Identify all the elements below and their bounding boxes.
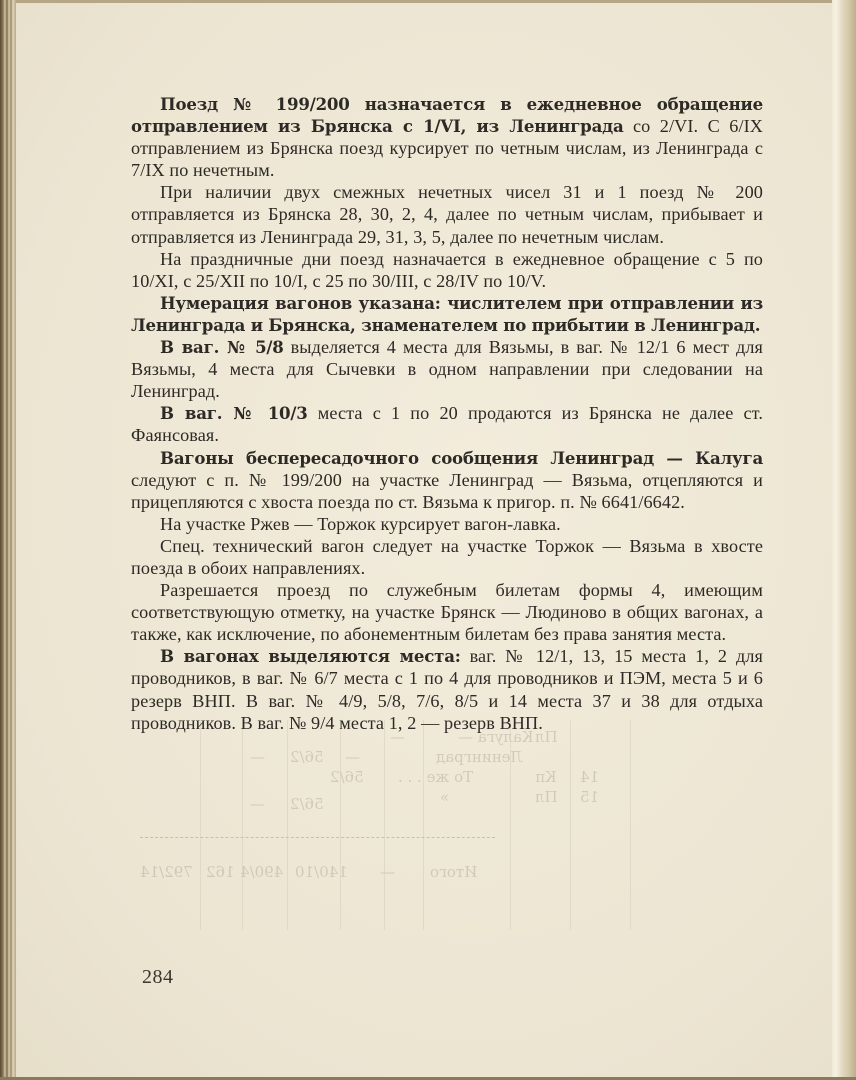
paragraph-lead: В ваг. № 5/8 [160,337,284,357]
paragraph-reserved-seats: В вагонах выделяются места: ваг. № 12/1,… [131,645,763,733]
ghost-cell: Ленинград [436,748,523,766]
ghost-column-line [510,720,511,930]
paragraph-lead: Нумерация вагонов указана: числителем пр… [131,293,763,335]
body-text: Поезд № 199/200 назначается в ежедневное… [131,93,763,734]
ghost-table-rule [140,837,495,838]
ghost-cell: Кп [535,768,557,786]
ghost-column-line [384,720,385,930]
ghost-cell: — [250,748,265,766]
ghost-cell: 56/2 [290,795,324,813]
page-top-edge [0,0,856,3]
ghost-cell: — [250,795,265,813]
paragraph-car-5-8: В ваг. № 5/8 выделяется 4 места для Вязь… [131,336,763,402]
paragraph-text: На праздничные дни поезд назначается в е… [131,249,763,291]
paragraph-car-10-3: В ваг. № 10/3 места с 1 по 20 продаются … [131,402,763,446]
ghost-cell: 56/2 [290,748,324,766]
ghost-cell: 162 [206,863,235,881]
ghost-cell: Итого [430,863,477,881]
ghost-column-line [287,720,288,930]
paragraph-holidays: На праздничные дни поезд назначается в е… [131,248,763,292]
ghost-column-line [423,720,424,930]
book-page: Калуга — Ленинград То же . . . » 56/2 56… [0,0,856,1080]
paragraph-through-cars: Вагоны беспересадочного сообщения Ленинг… [131,447,763,513]
ghost-cell: Пл [535,788,558,806]
ghost-cell: 15 [580,788,599,806]
paragraph-car-numbering: Нумерация вагонов указана: числителем пр… [131,292,763,336]
paragraph-text: При наличии двух смежных нечетных чисел … [131,182,763,246]
page-number: 284 [142,966,174,989]
paragraph-odd-dates: При наличии двух смежных нечетных чисел … [131,181,763,247]
paragraph-lead: Вагоны беспересадочного сообщения Ленинг… [160,448,763,468]
paragraph-service-tickets: Разрешается проезд по служебным билетам … [131,579,763,645]
paragraph-text: Разрешается проезд по служебным билетам … [131,580,763,644]
ghost-cell: То же . . . [398,768,473,786]
ghost-cell: 490/4 [240,863,283,881]
ghost-column-line [340,720,341,930]
ghost-cell: — [345,748,360,766]
paragraph-text: Спец. технический вагон следует на участ… [131,536,763,578]
ghost-cell: — [380,863,395,881]
ghost-column-line [242,720,243,930]
paragraph-lead: В вагонах выделяются места: [160,646,461,666]
bleed-through-table: Калуга — Ленинград То же . . . » 56/2 56… [140,720,780,930]
book-binding-edge [0,0,16,1080]
paragraph-text: На участке Ржев — Торжок курсирует вагон… [160,514,561,534]
paragraph-text: следуют с п. № 199/200 на участке Ленинг… [131,470,763,512]
ghost-column-line [200,720,201,930]
page-right-edge [832,0,856,1080]
ghost-cell: 792/14 [140,863,193,881]
ghost-cell: 140/10 [295,863,348,881]
ghost-cell: 56/2 [330,768,364,786]
paragraph-lead: В ваг. № 10/3 [160,403,308,423]
ghost-column-line [630,720,631,930]
ghost-cell: » [440,788,449,806]
ghost-cell: 14 [580,768,599,786]
paragraph-shop-car: На участке Ржев — Торжок курсирует вагон… [131,513,763,535]
ghost-column-line [570,720,571,930]
paragraph-technical-car: Спец. технический вагон следует на участ… [131,535,763,579]
paragraph-train-schedule: Поезд № 199/200 назначается в ежедневное… [131,93,763,181]
